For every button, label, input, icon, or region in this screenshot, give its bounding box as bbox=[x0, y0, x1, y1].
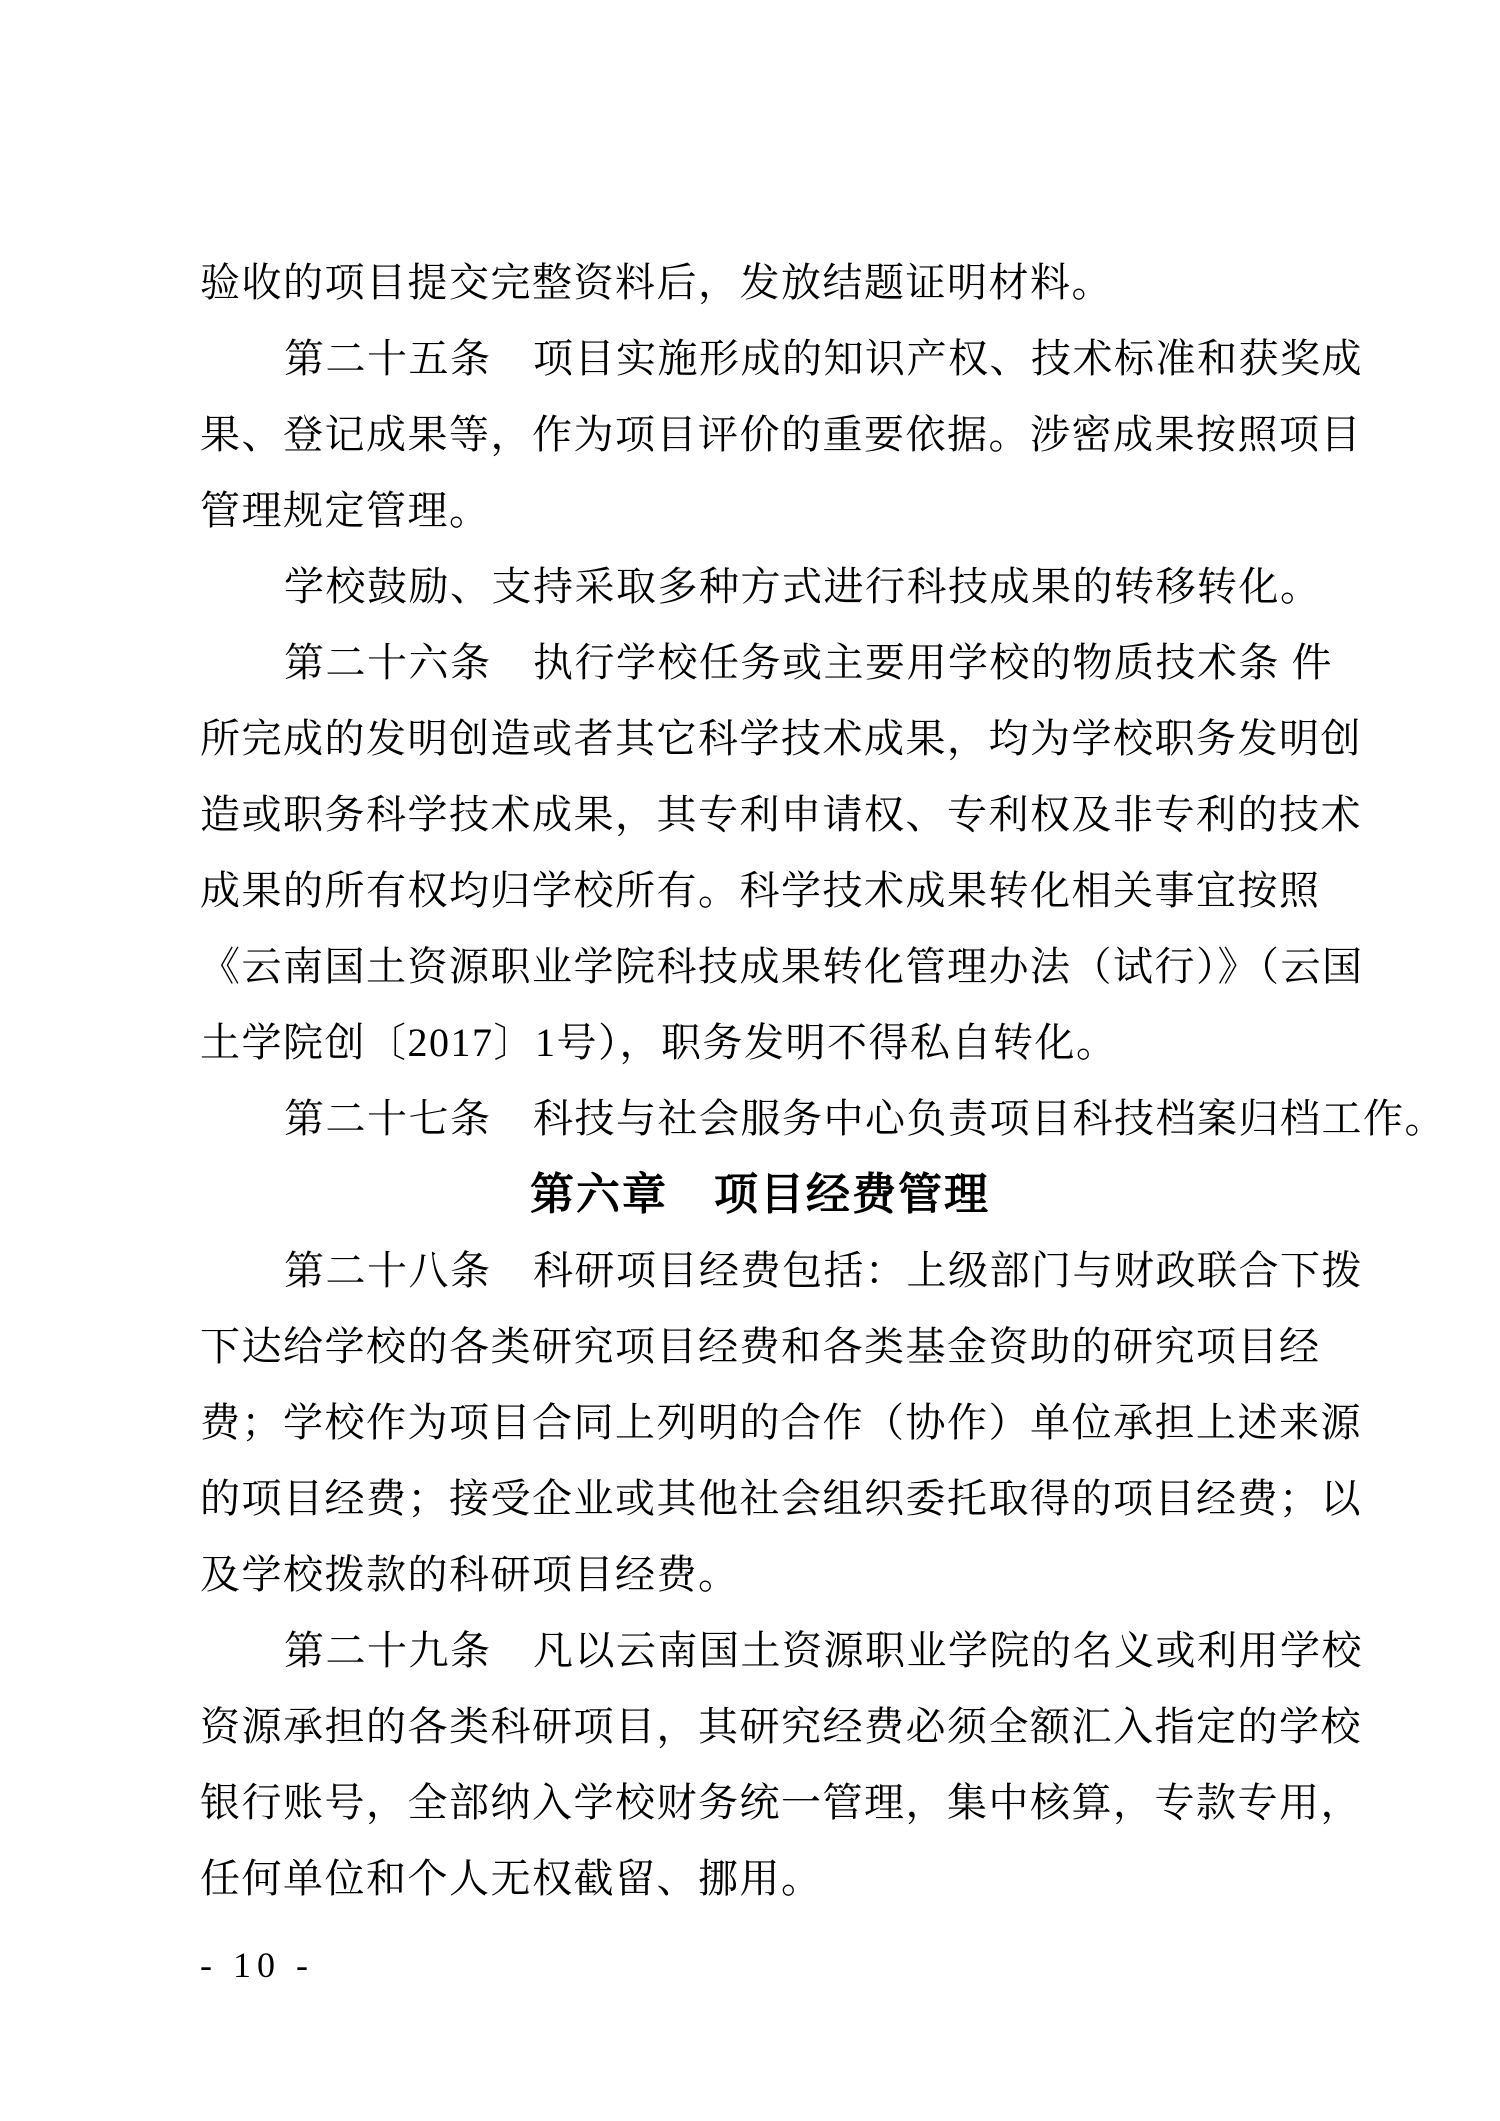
page-number: - 10 - bbox=[200, 1927, 314, 2003]
body-line: 造或职务科学技术成果，其专利申请权、专利权及非专利的技术 bbox=[200, 777, 1320, 853]
body-line: 果、登记成果等，作为项目评价的重要依据。涉密成果按照项目 bbox=[200, 397, 1320, 473]
body-line: 验收的项目提交完整资料后，发放结题证明材料。 bbox=[200, 245, 1320, 321]
body-line: 管理规定管理。 bbox=[200, 473, 1320, 549]
document-body: 验收的项目提交完整资料后，发放结题证明材料。 第二十五条 项目实施形成的知识产权… bbox=[200, 245, 1320, 1917]
body-line: 第二十五条 项目实施形成的知识产权、技术标准和获奖成 bbox=[200, 321, 1320, 397]
body-line: 第二十九条 凡以云南国土资源职业学院的名义或利用学校 bbox=[200, 1613, 1320, 1689]
document-page: 验收的项目提交完整资料后，发放结题证明材料。 第二十五条 项目实施形成的知识产权… bbox=[0, 0, 1500, 2121]
body-line: 及学校拨款的科研项目经费。 bbox=[200, 1537, 1320, 1613]
body-line: 下达给学校的各类研究项目经费和各类基金资助的研究项目经 bbox=[200, 1309, 1320, 1385]
body-line: 第二十七条 科技与社会服务中心负责项目科技档案归档工作。 bbox=[200, 1081, 1320, 1157]
body-line: 费；学校作为项目合同上列明的合作（协作）单位承担上述来源 bbox=[200, 1385, 1320, 1461]
body-line: 资源承担的各类科研项目，其研究经费必须全额汇入指定的学校 bbox=[200, 1689, 1320, 1765]
body-line: 《云南国土资源职业学院科技成果转化管理办法（试行）》（云国 bbox=[200, 929, 1320, 1005]
body-line: 第二十八条 科研项目经费包括：上级部门与财政联合下拨 bbox=[200, 1233, 1320, 1309]
body-line: 土学院创〔2017〕1号），职务发明不得私自转化。 bbox=[200, 1005, 1320, 1081]
chapter-heading: 第六章 项目经费管理 bbox=[200, 1157, 1320, 1233]
body-line: 的项目经费；接受企业或其他社会组织委托取得的项目经费；以 bbox=[200, 1461, 1320, 1537]
body-line: 任何单位和个人无权截留、挪用。 bbox=[200, 1841, 1320, 1917]
body-line: 银行账号，全部纳入学校财务统一管理，集中核算，专款专用， bbox=[200, 1765, 1320, 1841]
body-line: 第二十六条 执行学校任务或主要用学校的物质技术条 件 bbox=[200, 625, 1320, 701]
body-line: 成果的所有权均归学校所有。科学技术成果转化相关事宜按照 bbox=[200, 853, 1320, 929]
body-line: 所完成的发明创造或者其它科学技术成果，均为学校职务发明创 bbox=[200, 701, 1320, 777]
body-line: 学校鼓励、支持采取多种方式进行科技成果的转移转化。 bbox=[200, 549, 1320, 625]
